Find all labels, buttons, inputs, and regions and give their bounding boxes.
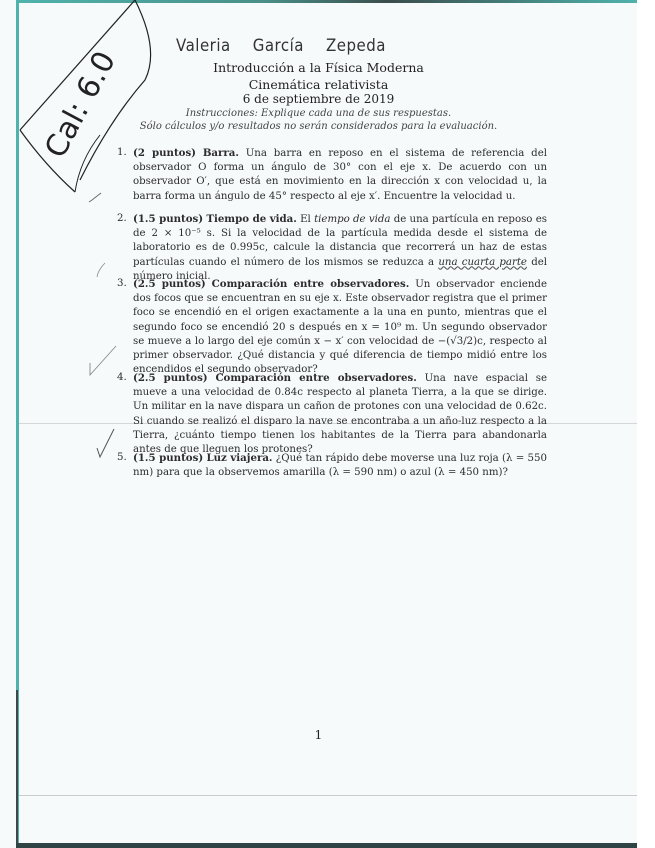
question-text-before: El	[300, 214, 311, 225]
question-points: (2.5 puntos)	[133, 278, 206, 290]
question-2: 2. (1.5 puntos) Tiempo de vida. El tiemp…	[117, 212, 547, 284]
question-number: 5.	[117, 451, 127, 465]
question-title: Comparación entre observadores.	[212, 278, 410, 290]
page-number: 1	[0, 728, 637, 742]
paper-fold-line-lower	[19, 795, 637, 796]
student-name: ValeriaGarcíaZepeda	[176, 35, 408, 56]
check-mark-icon	[96, 262, 106, 278]
exam-topic: Cinemática relativista	[0, 77, 637, 92]
question-3: 3. (2.5 puntos) Comparación entre observ…	[117, 277, 547, 377]
question-number: 1.	[117, 146, 127, 160]
question-title: Tiempo de vida.	[206, 213, 296, 225]
question-number: 4.	[117, 371, 127, 385]
exam-date: 6 de septiembre de 2019	[0, 92, 637, 106]
question-points: (2 puntos)	[133, 147, 196, 159]
question-text-italic: tiempo de vida	[314, 214, 390, 225]
question-text: Un observador enciende dos focos que se …	[133, 279, 547, 375]
instructions-line-1: Instrucciones: Explique cada una de sus …	[0, 108, 637, 119]
check-mark-icon	[96, 428, 116, 458]
student-surname-1: García	[253, 35, 304, 56]
check-mark-icon	[88, 345, 118, 377]
question-text: Una nave espacial se mueve a una velocid…	[133, 373, 547, 455]
student-first-name: Valeria	[176, 35, 231, 56]
check-mark-icon	[88, 192, 102, 204]
question-number: 3.	[117, 277, 127, 291]
student-surname-2: Zepeda	[326, 35, 386, 56]
question-points: (2.5 puntos)	[133, 372, 208, 384]
question-text: Una barra en reposo en el sistema de ref…	[133, 148, 547, 202]
scan-edge-left-shadow	[16, 690, 18, 848]
question-points: (1.5 puntos)	[133, 213, 203, 225]
question-1: 1. (2 puntos) Barra. Una barra en reposo…	[117, 146, 547, 204]
question-text-underlined: una cuarta parte	[438, 257, 527, 268]
instructions-line-2: Sólo cálculos y/o resultados no serán co…	[0, 121, 637, 132]
question-number: 2.	[117, 212, 127, 226]
question-title: Luz viajera.	[206, 452, 272, 464]
question-title: Comparación entre observadores.	[215, 372, 416, 384]
question-title: Barra.	[203, 147, 239, 159]
scan-edge-bottom	[16, 843, 637, 848]
question-5: 5. (1.5 puntos) Luz viajera. ¿Qué tan rá…	[117, 451, 547, 480]
question-4: 4. (2.5 puntos) Comparación entre observ…	[117, 371, 547, 457]
question-points: (1.5 puntos)	[133, 452, 203, 464]
course-title: Introducción a la Física Moderna	[0, 60, 637, 75]
